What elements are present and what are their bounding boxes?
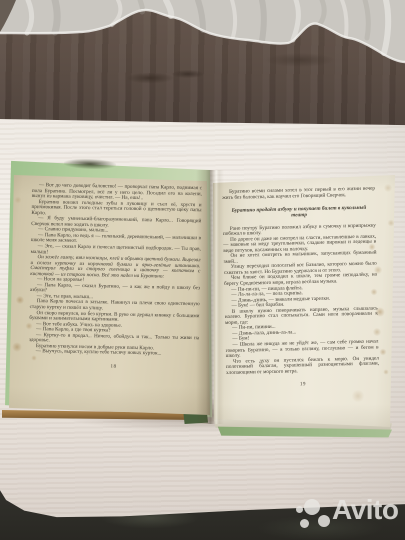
paragraph: Что есть духу он пустился бежать к морю.…: [226, 356, 379, 376]
open-book: — Вот до чего доводит баловство! — прово…: [0, 0, 405, 540]
left-page-text: — Вот до чего доводит баловство! — прово…: [28, 183, 202, 372]
cover-smudge-stain: [64, 158, 116, 170]
avito-logo-icon: [296, 506, 303, 513]
avito-logo-icon: [318, 515, 330, 527]
avito-wordmark: Avito: [332, 494, 398, 526]
left-page-paragraphs: — Вот до чего доводит баловство! — прово…: [29, 183, 202, 358]
right-page-intro: Буратино всеми силами хотел в этот первы…: [222, 187, 375, 202]
paragraph: Буратино всеми силами хотел в этот первы…: [222, 187, 375, 202]
book-photo-scene: — Вот до чего доводит баловство! — прово…: [0, 0, 405, 540]
chapter-heading: Буратино продаёт азбуку и покупает билет…: [229, 205, 368, 221]
book-page-left: — Вот до чего доводит баловство! — прово…: [8, 170, 212, 422]
avito-logo-icon: [304, 499, 320, 515]
page-number-left: 18: [28, 363, 198, 372]
book-page-right: Буратино всеми силами хотел в этот первы…: [208, 168, 398, 436]
avito-watermark: Avito: [288, 494, 404, 538]
avito-logo-icon: [300, 519, 309, 528]
right-page-text: Буратино всеми силами хотел в этот первы…: [222, 187, 379, 390]
page-number-right: 19: [226, 381, 379, 390]
right-page-paragraphs: Рано поутру Буратино положил азбуку в су…: [223, 223, 379, 376]
